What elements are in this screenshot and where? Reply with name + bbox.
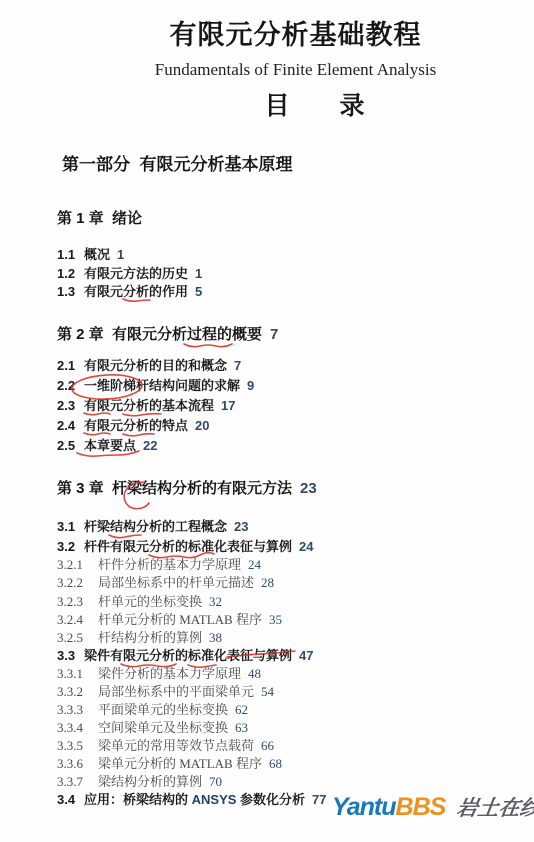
- toc-item: 3.2.3杆单元的坐标变换32: [57, 595, 222, 610]
- item-page: 23: [234, 519, 248, 534]
- item-number: 3.3.6: [57, 757, 98, 772]
- toc-heading: 目 录: [95, 92, 534, 121]
- item-page: 35: [269, 612, 282, 627]
- item-title: 杆结构分析的算例: [98, 630, 202, 645]
- toc-item: 3.2.1杆件分析的基本力学原理24: [57, 558, 261, 573]
- item-title: 概况: [84, 247, 110, 262]
- item-page: 9: [247, 378, 254, 393]
- item-page: 7: [234, 358, 241, 373]
- chapter-1-heading: 第 1 章 绪论: [57, 210, 150, 227]
- toc-item: 3.3.4空间梁单元及坐标变换63: [57, 721, 248, 736]
- toc-item: 3.3.7梁结构分析的算例70: [57, 775, 222, 790]
- item-title: 局部坐标系中的平面梁单元: [98, 684, 254, 699]
- item-number: 1.3: [57, 285, 84, 300]
- item-page: 70: [209, 774, 222, 789]
- item-number: 3.3.2: [57, 685, 98, 700]
- toc-item: 3.3.1梁件分析的基本力学原理48: [57, 667, 261, 682]
- item-page: 1: [117, 247, 124, 262]
- item-title: 杆件有限元分析的标准化表征与算例: [84, 539, 292, 554]
- item-number: 3.2.3: [57, 595, 98, 610]
- item-title: 梁单元的常用等效节点载荷: [98, 738, 254, 753]
- toc-item: 2.5本章要点22: [57, 439, 157, 454]
- item-title: 参数化分析: [236, 792, 305, 807]
- item-number: 1.1: [57, 248, 84, 263]
- item-title: 有限元分析的目的和概念: [84, 358, 227, 373]
- toc-item: 3.3.3平面梁单元的坐标变换62: [57, 703, 248, 718]
- red-underline-2-4b: [123, 434, 154, 436]
- item-title: 杆单元的坐标变换: [98, 594, 202, 609]
- item-page: 47: [299, 648, 313, 663]
- item-page: 23: [300, 480, 317, 497]
- chapter-heading-text: 第 1 章 绪论: [57, 210, 142, 227]
- item-title: 一维阶梯杆结构问题的求解: [84, 378, 240, 393]
- item-page: 68: [269, 756, 282, 771]
- toc-item: 2.4有限元分析的特点20: [57, 419, 209, 434]
- item-title: 梁件分析的基本力学原理: [98, 666, 241, 681]
- item-number: 3.2: [57, 540, 84, 555]
- toc-item: 2.3有限元分析的基本流程17: [57, 399, 235, 414]
- item-page: 24: [248, 557, 261, 572]
- item-title: 有限元分析的基本流程: [84, 398, 214, 413]
- toc-item: 3.2.4杆单元分析的 MATLAB 程序35: [57, 613, 282, 628]
- item-number: 2.5: [57, 439, 84, 454]
- item-page: 48: [248, 666, 261, 681]
- toc-item: 1.2有限元方法的历史1: [57, 267, 202, 282]
- toc-item: 1.1概况1: [57, 248, 124, 263]
- item-number: 3.3.3: [57, 703, 98, 718]
- item-page: 24: [299, 539, 313, 554]
- chapter-3-heading: 第 3 章 杆梁结构分析的有限元方法23: [57, 480, 317, 497]
- item-page: 17: [221, 398, 235, 413]
- item-number: 3.2.4: [57, 613, 98, 628]
- item-number: 3.2.1: [57, 558, 98, 573]
- toc-item: 3.3.5梁单元的常用等效节点载荷66: [57, 739, 274, 754]
- toc-item: 3.3.6梁单元分析的 MATLAB 程序68: [57, 757, 282, 772]
- item-number: 2.4: [57, 419, 84, 434]
- toc-item: 3.1杆梁结构分析的工程概念23: [57, 520, 248, 535]
- item-page: 1: [195, 266, 202, 281]
- item-number: 3.2.2: [57, 576, 98, 591]
- red-underline-2-3b: [123, 414, 161, 416]
- item-title: 有限元方法的历史: [84, 266, 188, 281]
- red-underline-3-1: [109, 535, 141, 538]
- page-title: 有限元分析基础教程: [57, 20, 534, 51]
- item-title: 梁结构分析的算例: [98, 774, 202, 789]
- item-page: 32: [209, 594, 222, 609]
- item-title: 空间梁单元及坐标变换: [98, 720, 228, 735]
- item-title: 应用：桥梁结构的: [84, 792, 192, 807]
- item-page: 77: [312, 792, 326, 807]
- item-number: 2.3: [57, 399, 84, 414]
- item-number: 3.2.5: [57, 631, 98, 646]
- item-number: 3.3.7: [57, 775, 98, 790]
- toc-item: 3.2杆件有限元分析的标准化表征与算例24: [57, 540, 313, 555]
- toc-item: 3.3梁件有限元分析的标准化表征与算例47: [57, 649, 313, 664]
- item-title: 平面梁单元的坐标变换: [98, 702, 228, 717]
- watermark-bbs: BBS: [396, 793, 446, 821]
- red-underline-ch2: [184, 344, 232, 347]
- item-title: 梁单元分析的 MATLAB 程序: [98, 756, 262, 771]
- item-number: 1.2: [57, 267, 84, 282]
- yantubbs-watermark: YantuBBS 岩土在线: [332, 792, 534, 822]
- item-page: 38: [209, 630, 222, 645]
- item-page: 7: [270, 326, 278, 343]
- chapter-heading-text: 第 3 章 杆梁结构分析的有限元方法: [57, 480, 292, 497]
- item-number: 3.4: [57, 793, 84, 808]
- part-heading: 第一部分 有限元分析基本原理: [62, 155, 292, 175]
- item-page: 54: [261, 684, 274, 699]
- toc-item: 3.2.5杆结构分析的算例38: [57, 631, 222, 646]
- item-number: 3.1: [57, 520, 84, 535]
- item-title: 梁件有限元分析的标准化表征与算例: [84, 648, 292, 663]
- item-title: 杆件分析的基本力学原理: [98, 557, 241, 572]
- item-number: 3.3: [57, 649, 84, 664]
- item-number: 3.3.4: [57, 721, 98, 736]
- chapter-2-heading: 第 2 章 有限元分析过程的概要7: [57, 326, 278, 343]
- item-title: 有限元分析的特点: [84, 418, 188, 433]
- item-page: 62: [235, 702, 248, 717]
- item-number: 2.2: [57, 379, 84, 394]
- page-subtitle: Fundamentals of Finite Element Analysis: [57, 60, 534, 80]
- toc-item: 3.2.2局部坐标系中的杆单元描述28: [57, 576, 274, 591]
- item-number: 3.3.5: [57, 739, 98, 754]
- item-page: 66: [261, 738, 274, 753]
- watermark-yantu: Yantu: [332, 793, 396, 821]
- toc-item: 1.3有限元分析的作用5: [57, 285, 202, 300]
- item-page: 63: [235, 720, 248, 735]
- toc-item: 3.3.2局部坐标系中的平面梁单元54: [57, 685, 274, 700]
- item-title: 有限元分析的作用: [84, 284, 188, 299]
- item-page: 20: [195, 418, 209, 433]
- toc-item: 2.1有限元分析的目的和概念7: [57, 359, 241, 374]
- item-title: 杆梁结构分析的工程概念: [84, 519, 227, 534]
- item-title: 杆单元分析的 MATLAB 程序: [98, 612, 262, 627]
- item-title: 局部坐标系中的杆单元描述: [98, 575, 254, 590]
- item-number: 2.1: [57, 359, 84, 374]
- item-page: 28: [261, 575, 274, 590]
- item-number: 3.3.1: [57, 667, 98, 682]
- toc-item: 3.4应用：桥梁结构的 ANSYS 参数化分析77: [57, 793, 327, 808]
- item-page: 5: [195, 284, 202, 299]
- chapter-heading-text: 第 2 章 有限元分析过程的概要: [57, 326, 262, 343]
- watermark-chinese: 岩土在线: [455, 792, 534, 822]
- toc-item: 2.2一维阶梯杆结构问题的求解9: [57, 379, 254, 394]
- item-page: 22: [143, 438, 157, 453]
- item-title: 本章要点: [84, 438, 136, 453]
- ansys-keyword: ANSYS: [192, 792, 237, 807]
- scanned-toc-page: 有限元分析基础教程 Fundamentals of Finite Element…: [0, 0, 534, 842]
